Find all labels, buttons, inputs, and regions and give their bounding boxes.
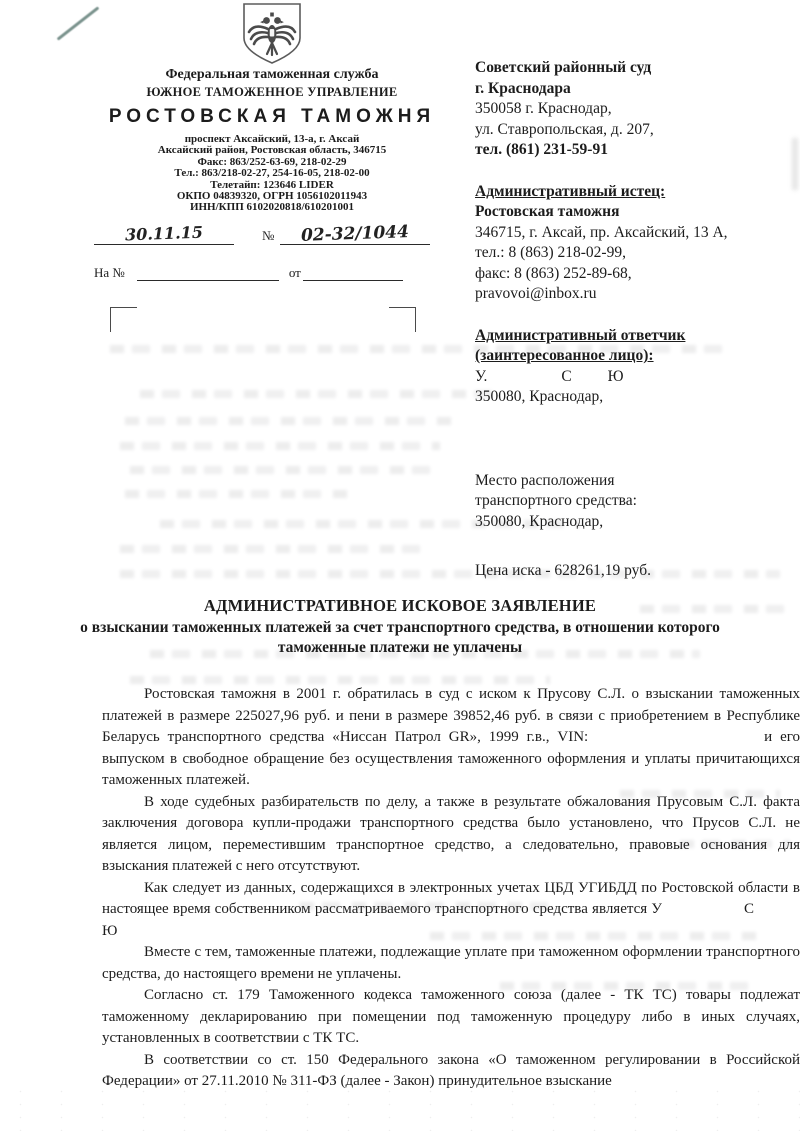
court-street: ул. Ставропольская, д. 207, <box>475 120 795 141</box>
ref-from-label: от <box>289 265 301 281</box>
scanned-document-page: Федеральная таможенная служба ЮЖНОЕ ТАМО… <box>0 0 800 1131</box>
court-postal: 350058 г. Краснодар, <box>475 99 795 120</box>
recipient-column: Советский районный суд г. Краснодара 350… <box>475 58 795 582</box>
defendant-block: Административный ответчик (заинтересован… <box>475 326 795 408</box>
plaintiff-block: Административный истец: Ростовская тамож… <box>475 182 795 305</box>
plaintiff-heading: Административный истец: <box>475 182 795 203</box>
state-emblem-icon <box>237 3 307 65</box>
plaintiff-phone: тел.: 8 (863) 218-02-99, <box>475 243 795 264</box>
claim-price: Цена иска - 628261,19 руб. <box>475 561 795 582</box>
address-line: Тел.: 863/218-02-27, 254-16-05, 218-02-0… <box>88 168 456 179</box>
defendant-name-redacted: У.СЮ <box>475 367 795 388</box>
defendant-initial: Ю <box>608 367 624 388</box>
body-paragraph-4: Вместе с тем, таможенные платежи, подлеж… <box>102 942 800 985</box>
title-line-1: АДМИНИСТРАТИВНОЕ ИСКОВОЕ ЗАЯВЛЕНИЕ <box>0 596 800 616</box>
handwritten-number: 02-32/1044 <box>301 222 410 246</box>
body-paragraph-5: Согласно ст. 179 Таможенного кодекса там… <box>102 985 800 1050</box>
ref-number-blank <box>137 280 279 281</box>
document-title: АДМИНИСТРАТИВНОЕ ИСКОВОЕ ЗАЯВЛЕНИЕ о взы… <box>0 596 800 657</box>
defendant-initial: У. <box>475 367 487 388</box>
bleed-through-artifact <box>125 417 455 425</box>
plaintiff-address: 346715, г. Аксай, пр. Аксайский, 13 А, <box>475 223 795 244</box>
bleed-through-artifact <box>125 490 355 498</box>
address-corner-marks <box>110 307 416 332</box>
body-paragraph-3: Как следует из данных, содержащихся в эл… <box>102 878 800 943</box>
vehicle-location-line: Место расположения <box>475 471 795 492</box>
handwritten-date: 30.11.15 <box>125 222 204 244</box>
title-line-2: о взыскании таможенных платежей за счет … <box>0 619 800 637</box>
bleed-through-artifact <box>120 545 420 553</box>
court-block: Советский районный суд г. Краснодара 350… <box>475 58 795 161</box>
corner-mark-right <box>389 307 416 332</box>
bleed-through-artifact <box>120 442 440 450</box>
title-line-3: таможенные платежи не уплачены <box>0 639 800 657</box>
corner-mark-left <box>110 307 137 332</box>
owner-initial: У <box>651 901 662 917</box>
address-line: ИНН/КПП 6102020818/610201001 <box>88 202 456 213</box>
defendant-address: 350080, Краснодар, <box>475 387 795 408</box>
body-paragraph-2: В ходе судебных разбирательств по делу, … <box>102 792 800 878</box>
document-body: Ростовская таможня в 2001 г. обратилась … <box>102 684 800 1093</box>
vehicle-location-block: Место расположения транспортного средств… <box>475 471 795 533</box>
body-paragraph-1: Ростовская таможня в 2001 г. обратилась … <box>102 684 800 792</box>
owner-initial: Ю <box>102 923 117 939</box>
bleed-through-artifact <box>130 466 430 474</box>
scan-edge-artifact <box>792 138 798 190</box>
bleed-through-artifact <box>140 390 500 398</box>
reference-number-row: На № от <box>88 265 456 281</box>
outgoing-number-row: 30.11.15 № 02-32/1044 <box>88 224 456 245</box>
court-city: г. Краснодара <box>475 79 795 100</box>
defendant-heading-2: (заинтересованное лицо): <box>475 346 795 367</box>
court-name: Советский районный суд <box>475 58 795 79</box>
bleed-through-artifact <box>130 676 550 684</box>
plaintiff-email: pravovoi@inbox.ru <box>475 284 795 305</box>
plaintiff-name: Ростовская таможня <box>475 202 795 223</box>
ref-label: На № <box>94 265 125 281</box>
defendant-heading-1: Административный ответчик <box>475 326 795 347</box>
org-parent-name: Федеральная таможенная служба <box>88 67 456 83</box>
vehicle-location-line: 350080, Краснодар, <box>475 512 795 533</box>
org-name: РОСТОВСКАЯ ТАМОЖНЯ <box>88 106 456 128</box>
owner-initial: С <box>744 901 754 917</box>
number-sign: № <box>262 228 274 244</box>
letterhead: Федеральная таможенная служба ЮЖНОЕ ТАМО… <box>88 0 456 332</box>
scan-noise-artifact <box>0 1085 800 1131</box>
court-phone: тел. (861) 231-59-91 <box>475 140 795 161</box>
ref-date-blank <box>303 280 403 281</box>
vehicle-location-line: транспортного средства: <box>475 491 795 512</box>
plaintiff-fax: факс: 8 (863) 252-89-68, <box>475 264 795 285</box>
letterhead-address: проспект Аксайский, 13-а, г. Аксай Аксай… <box>88 134 456 214</box>
org-division-name: ЮЖНОЕ ТАМОЖЕННОЕ УПРАВЛЕНИЕ <box>88 85 456 100</box>
defendant-initial: С <box>561 367 571 388</box>
